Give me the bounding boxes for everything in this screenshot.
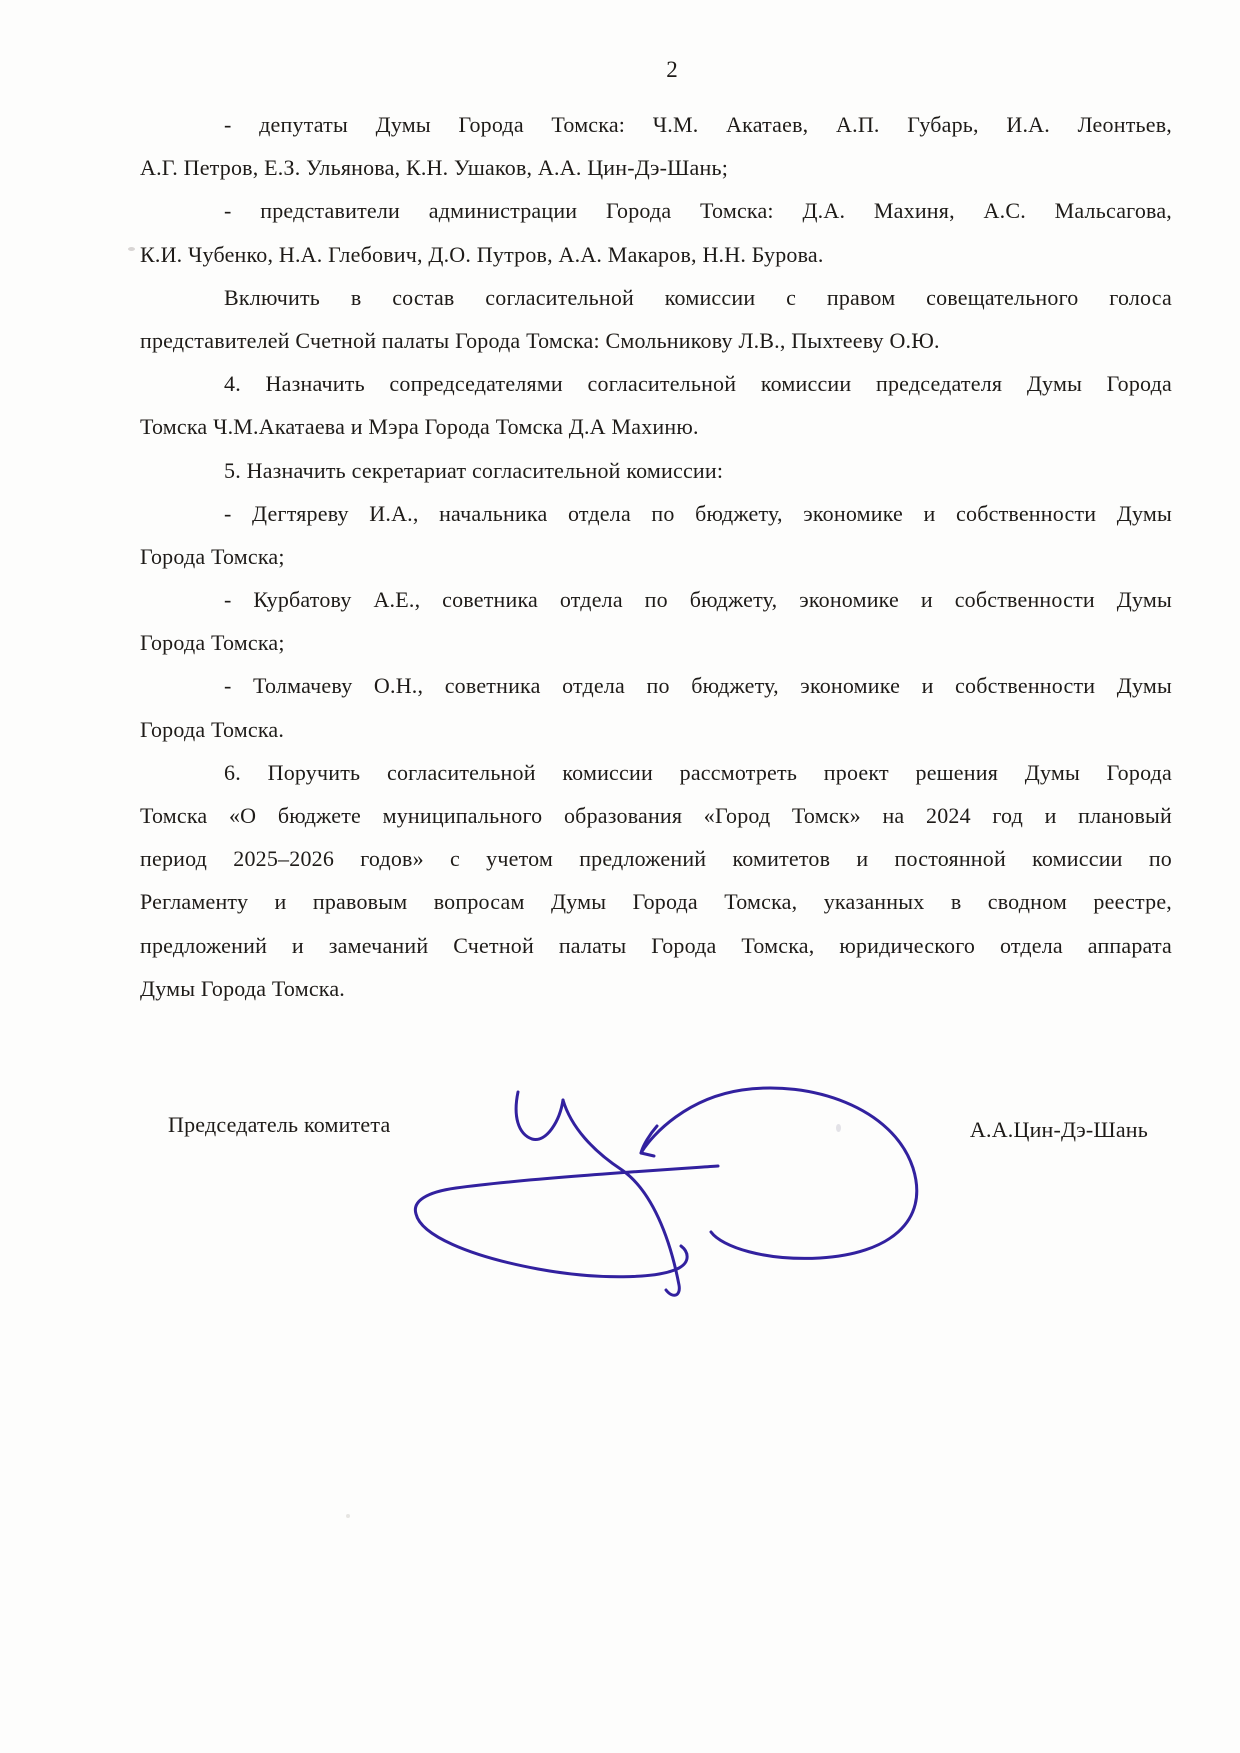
signatory-title: Председатель комитета: [168, 1112, 390, 1138]
text-line: Регламенту и правовым вопросам Думы Горо…: [140, 880, 1172, 923]
text-line: Включить в состав согласительной комисси…: [140, 276, 1172, 319]
scan-speck: [128, 247, 135, 251]
signatory-name: А.А.Цин-Дэ-Шань: [970, 1117, 1148, 1143]
text-line: - представители администрации Города Том…: [140, 189, 1172, 232]
text-line: Города Томска;: [140, 621, 1172, 664]
scan-speck: [346, 1514, 350, 1518]
text-line: представителей Счетной палаты Города Том…: [140, 319, 1172, 362]
text-line: - Курбатову А.Е., советника отдела по бю…: [140, 578, 1172, 621]
text-line: Города Томска;: [140, 535, 1172, 578]
handwritten-signature-icon: [400, 1075, 930, 1310]
text-line: 6. Поручить согласительной комиссии расс…: [140, 751, 1172, 794]
text-line: - депутаты Думы Города Томска: Ч.М. Акат…: [140, 103, 1172, 146]
signature-stroke-u: [516, 1092, 563, 1139]
text-line: - Дегтяреву И.А., начальника отдела по б…: [140, 492, 1172, 535]
text-line: период 2025–2026 годов» с учетом предлож…: [140, 837, 1172, 880]
text-line: А.Г. Петров, Е.З. Ульянова, К.Н. Ушаков,…: [140, 146, 1172, 189]
signature-stroke-oval: [641, 1088, 917, 1258]
document-body: - депутаты Думы Города Томска: Ч.М. Акат…: [140, 103, 1172, 1010]
text-line: - Толмачеву О.Н., советника отдела по бю…: [140, 664, 1172, 707]
text-line: К.И. Чубенко, Н.А. Глебович, Д.О. Путров…: [140, 233, 1172, 276]
text-line: Томска «О бюджете муниципального образов…: [140, 794, 1172, 837]
text-line: Города Томска.: [140, 708, 1172, 751]
text-line: 4. Назначить сопредседателями согласител…: [140, 362, 1172, 405]
text-line: Думы Города Томска.: [140, 967, 1172, 1010]
text-line: предложений и замечаний Счетной палаты Г…: [140, 924, 1172, 967]
text-line: Томска Ч.М.Акатаева и Мэра Города Томска…: [140, 405, 1172, 448]
text-line: 5. Назначить секретариат согласительной …: [140, 449, 1172, 492]
scan-speck: [836, 1124, 841, 1132]
page-number: 2: [642, 57, 702, 83]
